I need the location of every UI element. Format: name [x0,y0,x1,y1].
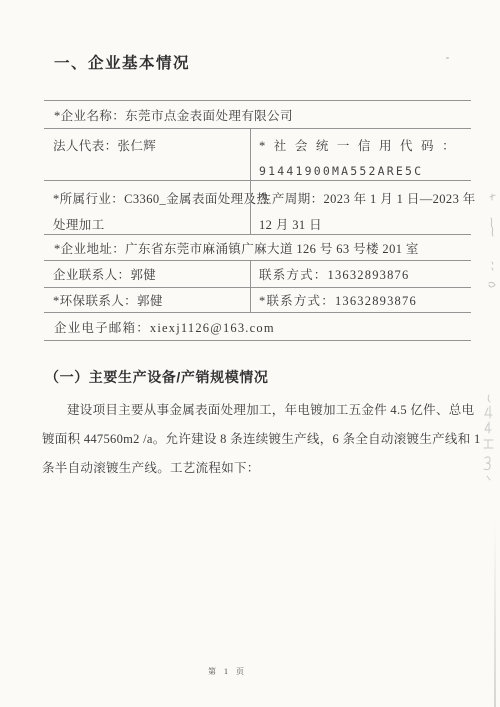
enterprise-info-table: *企业名称：东莞市点金表面处理有限公司 法人代表：张仁辉 *社会统一信用代码： … [44,100,471,341]
company-name-cell: *企业名称：东莞市点金表面处理有限公司 [44,101,471,128]
contact-person-cell: 企业联系人：郭健 [44,261,250,287]
credit-code-label: *社会统一信用代码： [259,134,471,159]
legal-rep-cell: 法人代表：张仁辉 [44,129,250,180]
credit-code-cell: *社会统一信用代码： 91441900MA552ARE5C [250,129,471,180]
handwriting-artifact-bottom [479,392,499,487]
handwriting-artifact-top [482,192,500,307]
industry-cell: *所属行业：C3360_金属表面处理及热 处理加工 [44,181,250,234]
table-row-address: *企业地址：广东省东莞市麻涌镇广麻大道 126 号 63 号楼 201 室 [44,235,471,261]
page-number-footer: 第 1 页 [0,666,455,677]
production-period-line-1: 生产周期：2023 年 1 月 1 日—2023 年 [259,186,476,212]
table-row-email: 企业电子邮箱：xiexj1126@163.com [44,313,471,341]
table-row-env-contact: *环保联系人：郭健 *联系方式：13632893876 [44,288,471,313]
table-row-legal-rep-credit-code: 法人代表：张仁辉 *社会统一信用代码： 91441900MA552ARE5C [44,129,471,181]
contact-phone-cell: 联系方式：13632893876 [250,261,471,287]
scan-speck [446,57,449,59]
address-cell: *企业地址：广东省东莞市麻涌镇广麻大道 126 号 63 号楼 201 室 [44,235,471,260]
paragraph-line-2: 镀面积 447560m2 /a。允许建设 8 条连续镀生产线，6 条全自动滚镀生… [42,425,474,454]
scan-edge-shadow [494,520,496,707]
table-row-contact: 企业联系人：郭健 联系方式：13632893876 [44,261,471,288]
email-cell: 企业电子邮箱：xiexj1126@163.com [44,313,471,340]
legal-rep-text: 法人代表：张仁辉 [53,134,250,159]
description-paragraph: 建设项目主要从事金属表面处理加工，年电镀加工五金件 4.5 亿件、总电 镀面积 … [42,396,474,483]
scanned-document-page: 一、企业基本情况 *企业名称：东莞市点金表面处理有限公司 法人代表：张仁辉 *社… [0,0,500,707]
paragraph-line-3: 条半自动滚镀生产线。工艺流程如下： [42,454,474,483]
industry-line-1: *所属行业：C3360_金属表面处理及热 [53,186,250,212]
paragraph-line-1: 建设项目主要从事金属表面处理加工，年电镀加工五金件 4.5 亿件、总电 [42,396,474,425]
section-heading: （一）主要生产设备/产销规模情况 [45,367,269,387]
env-contact-person-cell: *环保联系人：郭健 [44,288,250,312]
env-contact-phone-cell: *联系方式：13632893876 [250,288,471,312]
production-period-cell: 生产周期：2023 年 1 月 1 日—2023 年 12 月 31 日 [250,181,476,234]
table-row-company-name: *企业名称：东莞市点金表面处理有限公司 [44,101,471,129]
page-title: 一、企业基本情况 [54,51,190,73]
table-row-industry-period: *所属行业：C3360_金属表面处理及热 处理加工 生产周期：2023 年 1 … [44,181,471,235]
